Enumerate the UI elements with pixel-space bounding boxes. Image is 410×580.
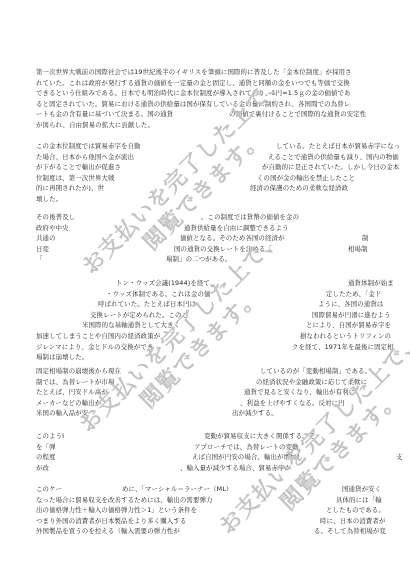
text-segment: 場制」の二つがある。 [166, 254, 231, 264]
text-segment: たとえば、円安ドル高が [36, 387, 108, 397]
text-segment: が図られ、自由貿易の拡大に貢献した。 [36, 120, 154, 130]
text-segment: とにより、自国が貿易赤字を [306, 320, 391, 330]
text-line: 位制度は、第一次世界大戦くの国が金の輸出を禁止したこと [36, 173, 376, 183]
text-segment: 日変 [36, 244, 49, 254]
text-line: できるという仕組みである。日本でも明治時代に金本位制度が導入されており、1円=1… [36, 88, 376, 98]
text-line: 加速してしまうことや自国内の経済政策が損なわれるというトリフィンの [36, 331, 376, 341]
text-segment: の経済状況や金融政策に応じて柔軟に [256, 377, 367, 387]
text-segment: 米国際的な基軸通貨として大きく [82, 320, 180, 330]
text-segment: 通貨で見ると安くなり、輸出が有利に [244, 387, 355, 397]
text-segment: その後普及し [36, 212, 75, 222]
text-line: 壊した。 [36, 194, 376, 204]
text-segment: 通貨供給量を自由に調整できるよう [184, 223, 289, 233]
text-segment: めに、「マーシャル＝ラーナー（ML） [122, 484, 233, 494]
text-segment: クを経て、1971年を最後に固定相 [292, 342, 394, 352]
text-segment: 国通貨が安く [342, 484, 381, 494]
text-segment: つまり外国の消費者が日本製品をより多く購入する [36, 516, 186, 526]
text-line: 交換レートが定められた。このこ国際貿易が円滑に進むよう [36, 310, 376, 320]
text-segment: 「 [36, 254, 43, 264]
text-segment: 壊した。 [36, 194, 62, 204]
text-segment: た場合、日本から他国へ金が流出 [36, 152, 134, 162]
text-segment: くの国が金の輸出を禁止したこと [257, 173, 355, 183]
text-segment: 時に、日本の消費者が [320, 516, 385, 526]
text-line: れていた。これは政府が発行する通貨の価値を一定量の金と固定し、通貨と同額の金をい… [36, 78, 376, 88]
text-line: たとえば、円安ドル高が通貨で見ると安くなり、輸出が有利に [36, 387, 376, 397]
text-segment: 支 [396, 452, 403, 462]
text-segment: 具体的には「輸 [336, 495, 382, 505]
text-line: メーカーなどの輸出が、利益を上げやすくなる。反対に円 [36, 398, 376, 408]
text-line: ・ウッズ体制である。これは金の価定したため、「金ド [36, 289, 376, 299]
text-segment: 呼ばれていた。たとえば日本円は [98, 299, 196, 309]
text-segment: 経済の保護のための柔軟な経済政 [250, 183, 348, 193]
text-line: が図られ、自由貿易の拡大に貢献した。 [36, 120, 376, 130]
text-segment: 加速してしまうことや自国内の経済政策が [36, 331, 160, 341]
text-line: 出の価格弾力性＋輸入の価格弾力性＞1」という条件をとしたものである。 [36, 505, 376, 515]
text-segment: 出の価格弾力性＋輸入の価格弾力性＞1」という条件を [36, 505, 197, 515]
text-line: このようI変動が貿易収支に大きく関係する。そ [36, 431, 376, 441]
text-line: 第一次世界大戦前の国際社会では19世紀後半のイギリスを筆頭に国際的に普及した「金… [36, 67, 376, 77]
text-segment: 制 [362, 233, 369, 243]
text-segment: ートも金の含有量に基づいて決まる。国の通貨 [36, 109, 173, 119]
text-segment: 国の通貨の交換レートを決める「 [174, 244, 272, 254]
text-segment: 第一次世界大戦前の国際社会では19世紀後半のイギリスを筆頭に国際的に普及した「金… [36, 67, 352, 77]
text-segment: 政府や中央 [36, 223, 69, 233]
text-segment: 固定相場制の崩壊後から現在 [36, 366, 121, 376]
text-segment: しているのが「変動相場制」である。 [260, 366, 371, 376]
text-line: 場制は崩壊した。 [36, 352, 376, 362]
text-line: 米国際的な基軸通貨として大きくとにより、自国が貿易赤字を [36, 320, 376, 330]
text-segment: 損なわれるというトリフィンの [300, 331, 391, 341]
text-line: 共通の価値となる。そのため各国の経済が制 [36, 233, 376, 243]
text-line: 政府や中央通貨供給量を自由に調整できるよう [36, 223, 376, 233]
text-line: 「場制」の二つがある。 [36, 254, 376, 264]
text-segment: を「弾 [36, 442, 56, 452]
text-line: ートも金の含有量に基づいて決まる。国の通貨の価値で裏付けることで国際的な通貨の安… [36, 109, 376, 119]
text-segment: れていた。これは政府が発行する通貨の価値を一定量の金と固定し、通貨と同額の金をい… [36, 78, 350, 88]
text-line: つまり外国の消費者が日本製品をより多く購入する時に、日本の消費者が [36, 516, 376, 526]
text-line: この金本位制度では貿易赤字を自動している。たとえば日本が貿易赤字になっ [36, 141, 376, 151]
text-segment: 位制度は、第一次世界大戦 [36, 173, 115, 183]
text-segment: ると固定されていた。貿易における通貨の供給量は国が保有している金の量に制約され、… [36, 99, 350, 109]
text-segment: 。この制度では貨幣の価値を金の [201, 212, 299, 222]
text-segment: 国際貿易が円滑に進むよう [312, 310, 391, 320]
text-line: が改、輸入量が減少する場合、貿易赤字が [36, 463, 376, 473]
text-segment: としたものである。 [326, 505, 385, 515]
text-line: 固定相場制の崩壊後から現在しているのが「変動相場制」である。 [36, 366, 376, 376]
text-line: ジレンマにより、金とドルの交換ができクを経て、1971年を最後に固定相 [36, 342, 376, 352]
text-segment: が自動的に是正されていた。しかし今日の金本 [262, 162, 399, 172]
text-line: このケーめに、「マーシャル＝ラーナー（ML）国通貨が安く [36, 484, 376, 494]
text-segment: る。そして為替相場が変 [314, 526, 386, 536]
text-segment: 通貨体制が始ま [348, 278, 394, 288]
text-segment: アプローチでは、為替レートの変動 [194, 442, 299, 452]
text-segment: ように、各国の通貨は [318, 299, 383, 309]
text-segment: 場制は崩壊した。 [36, 352, 88, 362]
text-line: トン・ウッズ会議(1944)を経て、通貨体制が始ま [36, 278, 376, 288]
text-line: 外国製品を買うのを控える（輸入需要の弾力性がる。そして為替相場が変 [36, 526, 376, 536]
text-segment: この金本位制度では貿易赤字を自動 [36, 141, 141, 151]
text-line: た場合、日本から他国へ金が流出えることで通貨の供給量も減り、国内の物価 [36, 152, 376, 162]
text-segment: ・ウッズ体制である。これは金の価 [106, 289, 211, 299]
text-segment: 的に再開されたが)、世 [36, 183, 104, 193]
text-segment: 変動が貿易収支に大きく関係する。そ [204, 431, 315, 441]
document-page: 第一次世界大戦前の国際社会では19世紀後半のイギリスを筆頭に国際的に普及した「金… [0, 0, 410, 580]
text-line: 日変国の通貨の交換レートを決める「相場制 [36, 244, 376, 254]
text-segment: 価値となる。そのため各国の経済が [180, 233, 285, 243]
text-segment: メーカーなどの輸出が [36, 398, 101, 408]
text-line: その後普及し。この制度では貨幣の価値を金の [36, 212, 376, 222]
text-segment: なった場合に貿易収支を改善するためには、輸出の需要弾力 [36, 495, 213, 505]
text-line: を「弾アプローチでは、為替レートの変動 [36, 442, 376, 452]
text-segment: 共通の [36, 233, 56, 243]
text-segment: の価値で裏付けることで国際的な通貨の安定性 [229, 109, 366, 119]
text-line: 制では、為替レートが市場の経済状況や金融政策に応じて柔軟に [36, 377, 376, 387]
text-line: 的に再開されたが)、世経済の保護のための柔軟な経済政 [36, 183, 376, 193]
text-segment: えることで通貨の供給量も減り、国内の物価 [268, 152, 399, 162]
text-line: の程度えば自国が円安の場合、輸出が増加し支 [36, 452, 376, 462]
text-segment: の程度 [36, 452, 56, 462]
text-segment: 定したため、「金ド [326, 289, 381, 299]
text-segment: が改 [36, 463, 49, 473]
text-segment: 、利益を上げやすくなる。反対に円 [240, 398, 345, 408]
text-segment: トン・ウッズ会議(1944)を経て、 [116, 278, 216, 288]
text-line: ると固定されていた。貿易における通貨の供給量は国が保有している金の量に制約され、… [36, 99, 376, 109]
text-line: が下がることで輸出が促進さが自動的に是正されていた。しかし今日の金本 [36, 162, 376, 172]
text-line: なった場合に貿易収支を改善するためには、輸出の需要弾力具体的には「輸 [36, 495, 376, 505]
text-segment: が下がることで輸出が促進さ [36, 162, 121, 172]
text-segment: 相場制 [348, 244, 368, 254]
text-segment: 出が減少する。 [232, 408, 278, 418]
text-segment: できるという仕組みである。日本でも明治時代に金本位制度が導入されており、1円=1… [36, 88, 351, 98]
text-segment: 外国製品を買うのを控える（輸入需要の弾力性が [36, 526, 180, 536]
text-segment: 米国の輸入品が安 [36, 408, 88, 418]
text-line: 呼ばれていた。たとえば日本円はように、各国の通貨は [36, 299, 376, 309]
text-segment: している。たとえば日本が貿易赤字になっ [276, 141, 400, 151]
text-line: 米国の輸入品が安出が減少する。 [36, 408, 376, 418]
text-segment: 、輸入量が減少する場合、貿易赤字が [180, 463, 291, 473]
text-segment: このケー [36, 484, 62, 494]
text-segment: えば自国が円安の場合、輸出が増加し [192, 452, 303, 462]
text-segment: このようI [36, 431, 64, 441]
text-segment: 交換レートが定められた。このこ [90, 310, 188, 320]
text-segment: 制では、為替レートが市場 [36, 377, 115, 387]
text-segment: ジレンマにより、金とドルの交換ができ [36, 342, 153, 352]
